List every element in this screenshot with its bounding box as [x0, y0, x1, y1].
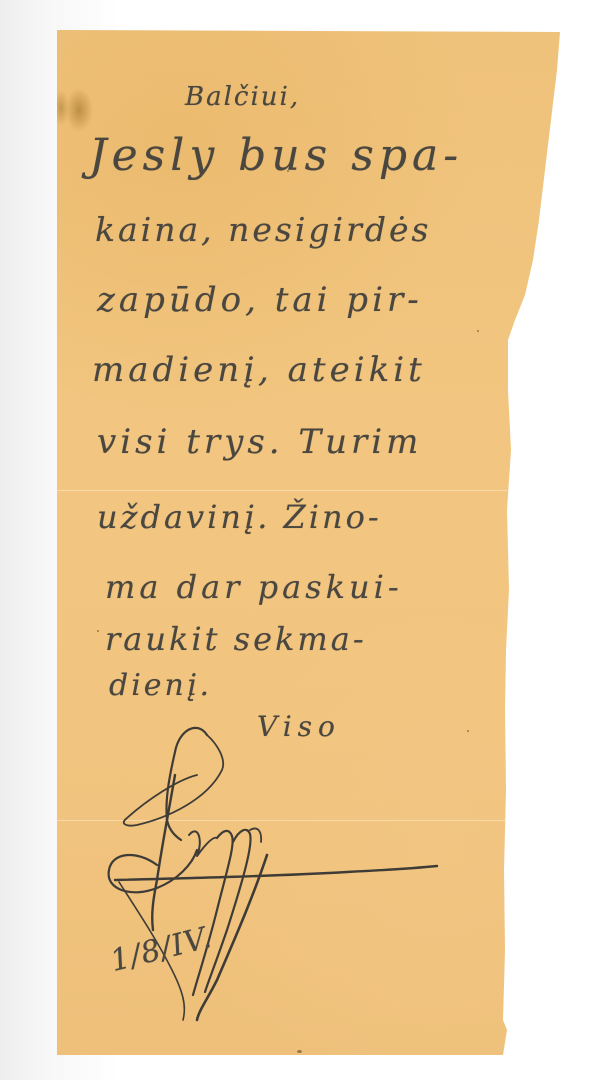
date: 1/8/IV. — [107, 920, 216, 979]
body-line-1: Jesly bus spa- — [89, 130, 463, 181]
body-line-7: ma dar paskui- — [105, 568, 403, 606]
body-line-3: zapūdo, tai pir- — [97, 280, 423, 320]
closing: Viso — [257, 710, 341, 743]
salutation: Balčiui, — [185, 82, 300, 112]
paper-speck — [477, 330, 479, 332]
paper-note: Balčiui, Jesly bus spa- kaina, nesigirdė… — [57, 30, 562, 1057]
scanned-document: Balčiui, Jesly bus spa- kaina, nesigirdė… — [0, 0, 593, 1080]
paper-speck — [467, 730, 469, 732]
signature-flourish — [57, 30, 562, 1057]
body-line-5: visi trys. Turim — [97, 422, 422, 462]
body-line-2: kaina, nesigirdės — [95, 210, 431, 249]
body-line-6: uždavinį. Žino- — [97, 498, 382, 536]
body-line-4: madienį, ateikit — [92, 350, 426, 390]
paper-speck — [297, 1050, 302, 1053]
body-line-8: raukit sekma- — [105, 620, 367, 658]
fold-crease — [57, 490, 507, 491]
body-line-9: dienį. — [109, 668, 212, 703]
paper-speck — [97, 630, 99, 632]
fold-crease — [57, 820, 505, 821]
